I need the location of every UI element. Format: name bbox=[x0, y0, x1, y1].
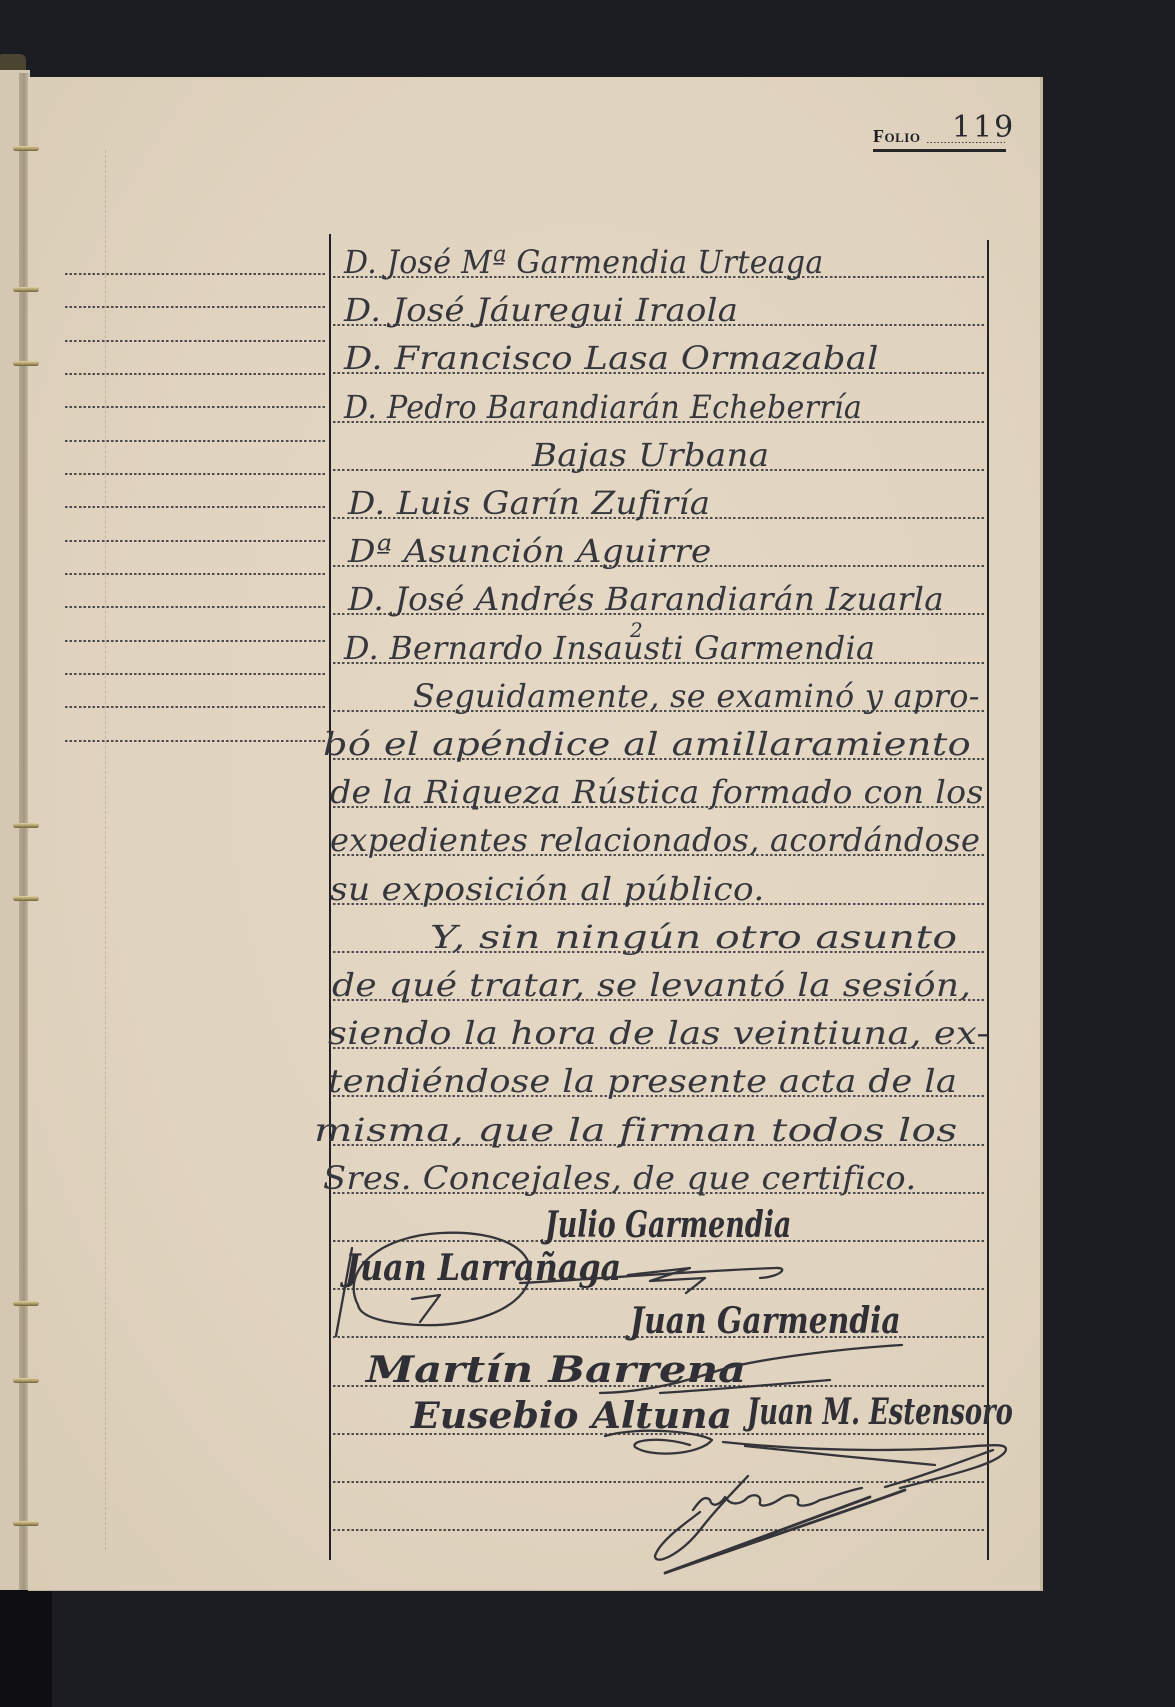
entry-line: D. Bernardo Insausti Garmendia bbox=[344, 632, 875, 664]
margin-ruled-line bbox=[65, 540, 327, 542]
entry-line: D. José Jáuregui Iraola bbox=[344, 294, 738, 326]
binding-stitch bbox=[13, 823, 39, 828]
entry-line: Dª Asunción Aguirre bbox=[348, 535, 712, 567]
folio-underline bbox=[873, 149, 1006, 152]
shadow-corner bbox=[0, 1590, 52, 1707]
section-heading: Bajas Urbana bbox=[532, 439, 769, 471]
margin-ruled-line bbox=[65, 740, 327, 742]
entry-line: D. José Andrés Barandiarán Izuarla bbox=[348, 583, 944, 615]
entry-annotation: 2 bbox=[630, 618, 643, 642]
binding-stitch bbox=[13, 1521, 39, 1526]
binding-stitch bbox=[13, 146, 39, 151]
margin-ruled-line bbox=[65, 373, 327, 375]
ruled-line bbox=[333, 1529, 986, 1531]
binding-stitch bbox=[13, 361, 39, 366]
margin-ruled-line bbox=[65, 473, 327, 475]
show-through-rule bbox=[105, 150, 106, 1550]
paragraph-line: bó el apéndice al amillaramiento bbox=[323, 728, 971, 760]
margin-ruled-line bbox=[65, 673, 327, 675]
paragraph-line: de la Riqueza Rústica formado con los bbox=[330, 776, 984, 808]
margin-ruled-line bbox=[65, 306, 327, 308]
binding-stitch bbox=[13, 1301, 39, 1306]
column-right-rule bbox=[987, 240, 989, 1560]
margin-ruled-line bbox=[65, 706, 327, 708]
entry-line: D. José Mª Garmendia Urteaga bbox=[344, 246, 824, 278]
binding-stitch bbox=[13, 896, 39, 901]
paragraph-line: su exposición al público. bbox=[330, 873, 765, 905]
margin-ruled-line bbox=[65, 573, 327, 575]
margin-ruled-line bbox=[65, 406, 327, 408]
margin-ruled-line bbox=[65, 340, 327, 342]
paragraph-line: Sres. Concejales, de que certifico. bbox=[323, 1162, 916, 1194]
margin-ruled-line bbox=[65, 273, 327, 275]
paragraph-line: de qué tratar, se levantó la sesión, bbox=[332, 969, 971, 1001]
paragraph-line: expedientes relacionados, acordándose bbox=[330, 824, 980, 856]
signature: Juan M. Estensoro bbox=[747, 1394, 1013, 1430]
margin-ruled-line bbox=[65, 506, 327, 508]
entry-line: D. Luis Garín Zufiría bbox=[348, 487, 710, 519]
paragraph-line: siendo la hora de las veintiuna, ex- bbox=[328, 1017, 989, 1049]
binding-stitch bbox=[13, 287, 39, 292]
binding-stitch bbox=[13, 1378, 39, 1383]
margin-ruled-line bbox=[65, 606, 327, 608]
paragraph-line: Y, sin ningún otro asunto bbox=[430, 921, 957, 953]
paragraph-line: Seguidamente, se examinó y apro- bbox=[413, 680, 980, 712]
paragraph-line: misma, que la firman todos los bbox=[314, 1114, 958, 1146]
signature: Eusebio Altuna bbox=[411, 1398, 732, 1434]
margin-ruled-line bbox=[65, 440, 327, 442]
signature: Juan Larrañaga bbox=[345, 1250, 621, 1286]
signature: Julio Garmendia bbox=[545, 1207, 791, 1243]
margin-ruled-line bbox=[65, 640, 327, 642]
signature: Martín Barrena bbox=[366, 1352, 746, 1388]
entry-line: D. Francisco Lasa Ormazabal bbox=[344, 342, 879, 374]
folio-number: 119 bbox=[952, 110, 1015, 145]
signature: Juan Garmendia bbox=[630, 1303, 901, 1339]
folio-label: Folio bbox=[873, 126, 920, 147]
entry-line: D. Pedro Barandiarán Echeberría bbox=[344, 391, 862, 423]
ruled-line bbox=[333, 1481, 986, 1483]
paragraph-line: tendiéndose la presente acta de la bbox=[328, 1065, 957, 1097]
